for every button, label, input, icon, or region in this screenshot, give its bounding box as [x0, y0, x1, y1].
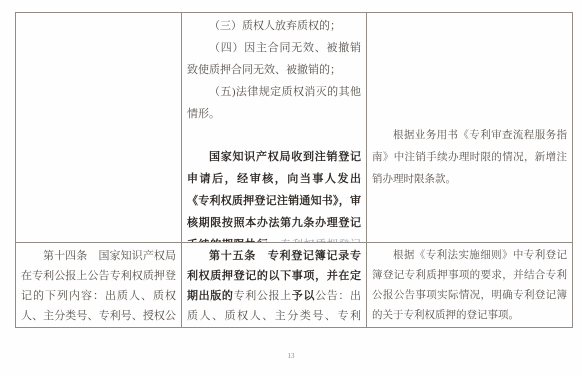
row1-cell-original-clause — [16, 13, 181, 242]
row2-cell-original-clause: 第十四条 国家知识产权局在专利公报上公告专利权质押登记的下列内容：出质人、质权人… — [16, 242, 181, 327]
clause-item-3: （三）质权人放弃质权的； — [187, 15, 361, 37]
revision-note-row1: 根据业务用书《专利审查流程服务指南》中注销手续办理时限的情况，新增注销办理时限条… — [372, 125, 567, 191]
comparison-table: （三）质权人放弃质权的； （四）因主合同无效、被撤销致使质押合同无效、被撤销的；… — [15, 12, 573, 328]
article-15-text: 第十五条 专利登记簿记录专利权质押登记的以下事项，并在定期出版的专利公报上予以公… — [187, 246, 361, 327]
clause-paragraph-bold-text: 国家知识产权局收到注销登记申请后，经审核，向当事人发出《专利权质押登记注销通知书… — [187, 151, 361, 242]
clause-item-4: （四）因主合同无效、被撤销致使质押合同无效、被撤销的； — [187, 37, 361, 81]
scanned-document-page: （三）质权人放弃质权的； （四）因主合同无效、被撤销致使质押合同无效、被撤销的；… — [0, 0, 582, 377]
row1-cell-revision-note: 根据业务用书《专利审查流程服务指南》中注销手续办理时限的情况，新增注销办理时限条… — [366, 13, 572, 242]
row2-cell-revised-clause: 第十五条 专利登记簿记录专利权质押登记的以下事项，并在定期出版的专利公报上予以公… — [181, 242, 366, 327]
article-15-normal-segment-1: 专利公报上 — [234, 290, 292, 302]
clause-item-5: （五)法律规定质权消灭的其他情形。 — [187, 81, 361, 125]
revision-note-row2: 根据《专利法实施细则》中专利登记簿登记专利质押事项的要求，并结合专利公报公告事项… — [372, 246, 567, 326]
clause-paragraph: 国家知识产权局收到注销登记申请后，经审核，向当事人发出《专利权质押登记注销通知书… — [187, 146, 361, 242]
row2-cell-revision-note: 根据《专利法实施细则》中专利登记簿登记专利质押事项的要求，并结合专利公报公告事项… — [366, 242, 572, 327]
row1-cell-revised-clause: （三）质权人放弃质权的； （四）因主合同无效、被撤销致使质押合同无效、被撤销的；… — [181, 13, 366, 242]
article-15-bold-segment-2: 予以 — [292, 290, 315, 302]
page-number: 13 — [0, 352, 582, 360]
article-14-text: 第十四条 国家知识产权局在专利公报上公告专利权质押登记的下列内容：出质人、质权人… — [21, 246, 176, 327]
